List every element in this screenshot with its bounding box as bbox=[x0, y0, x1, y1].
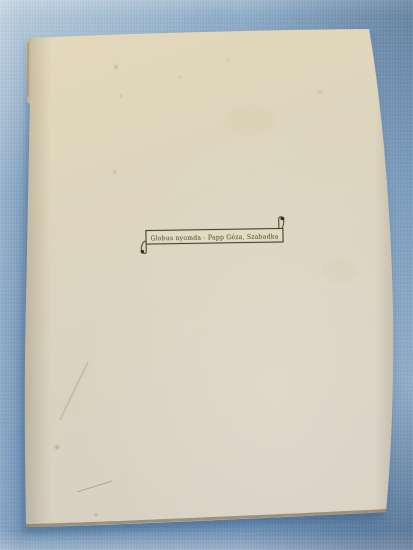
foxing-spot bbox=[94, 513, 97, 516]
foxing-spot bbox=[120, 95, 123, 98]
stain bbox=[224, 105, 276, 135]
stain bbox=[322, 258, 358, 282]
foxing-spot bbox=[227, 59, 230, 62]
foxing-spot bbox=[55, 445, 60, 450]
foxing-spot bbox=[318, 90, 322, 94]
page-edge-line bbox=[27, 42, 29, 98]
photo-frame: Globus nyomda - Papp Géza, Szabadka bbox=[0, 0, 413, 550]
book-photo-layer: Globus nyomda - Papp Géza, Szabadka bbox=[0, 0, 413, 550]
foxing-spot bbox=[179, 76, 182, 79]
foxing-spot bbox=[113, 170, 117, 174]
foxing-spot bbox=[114, 65, 118, 69]
